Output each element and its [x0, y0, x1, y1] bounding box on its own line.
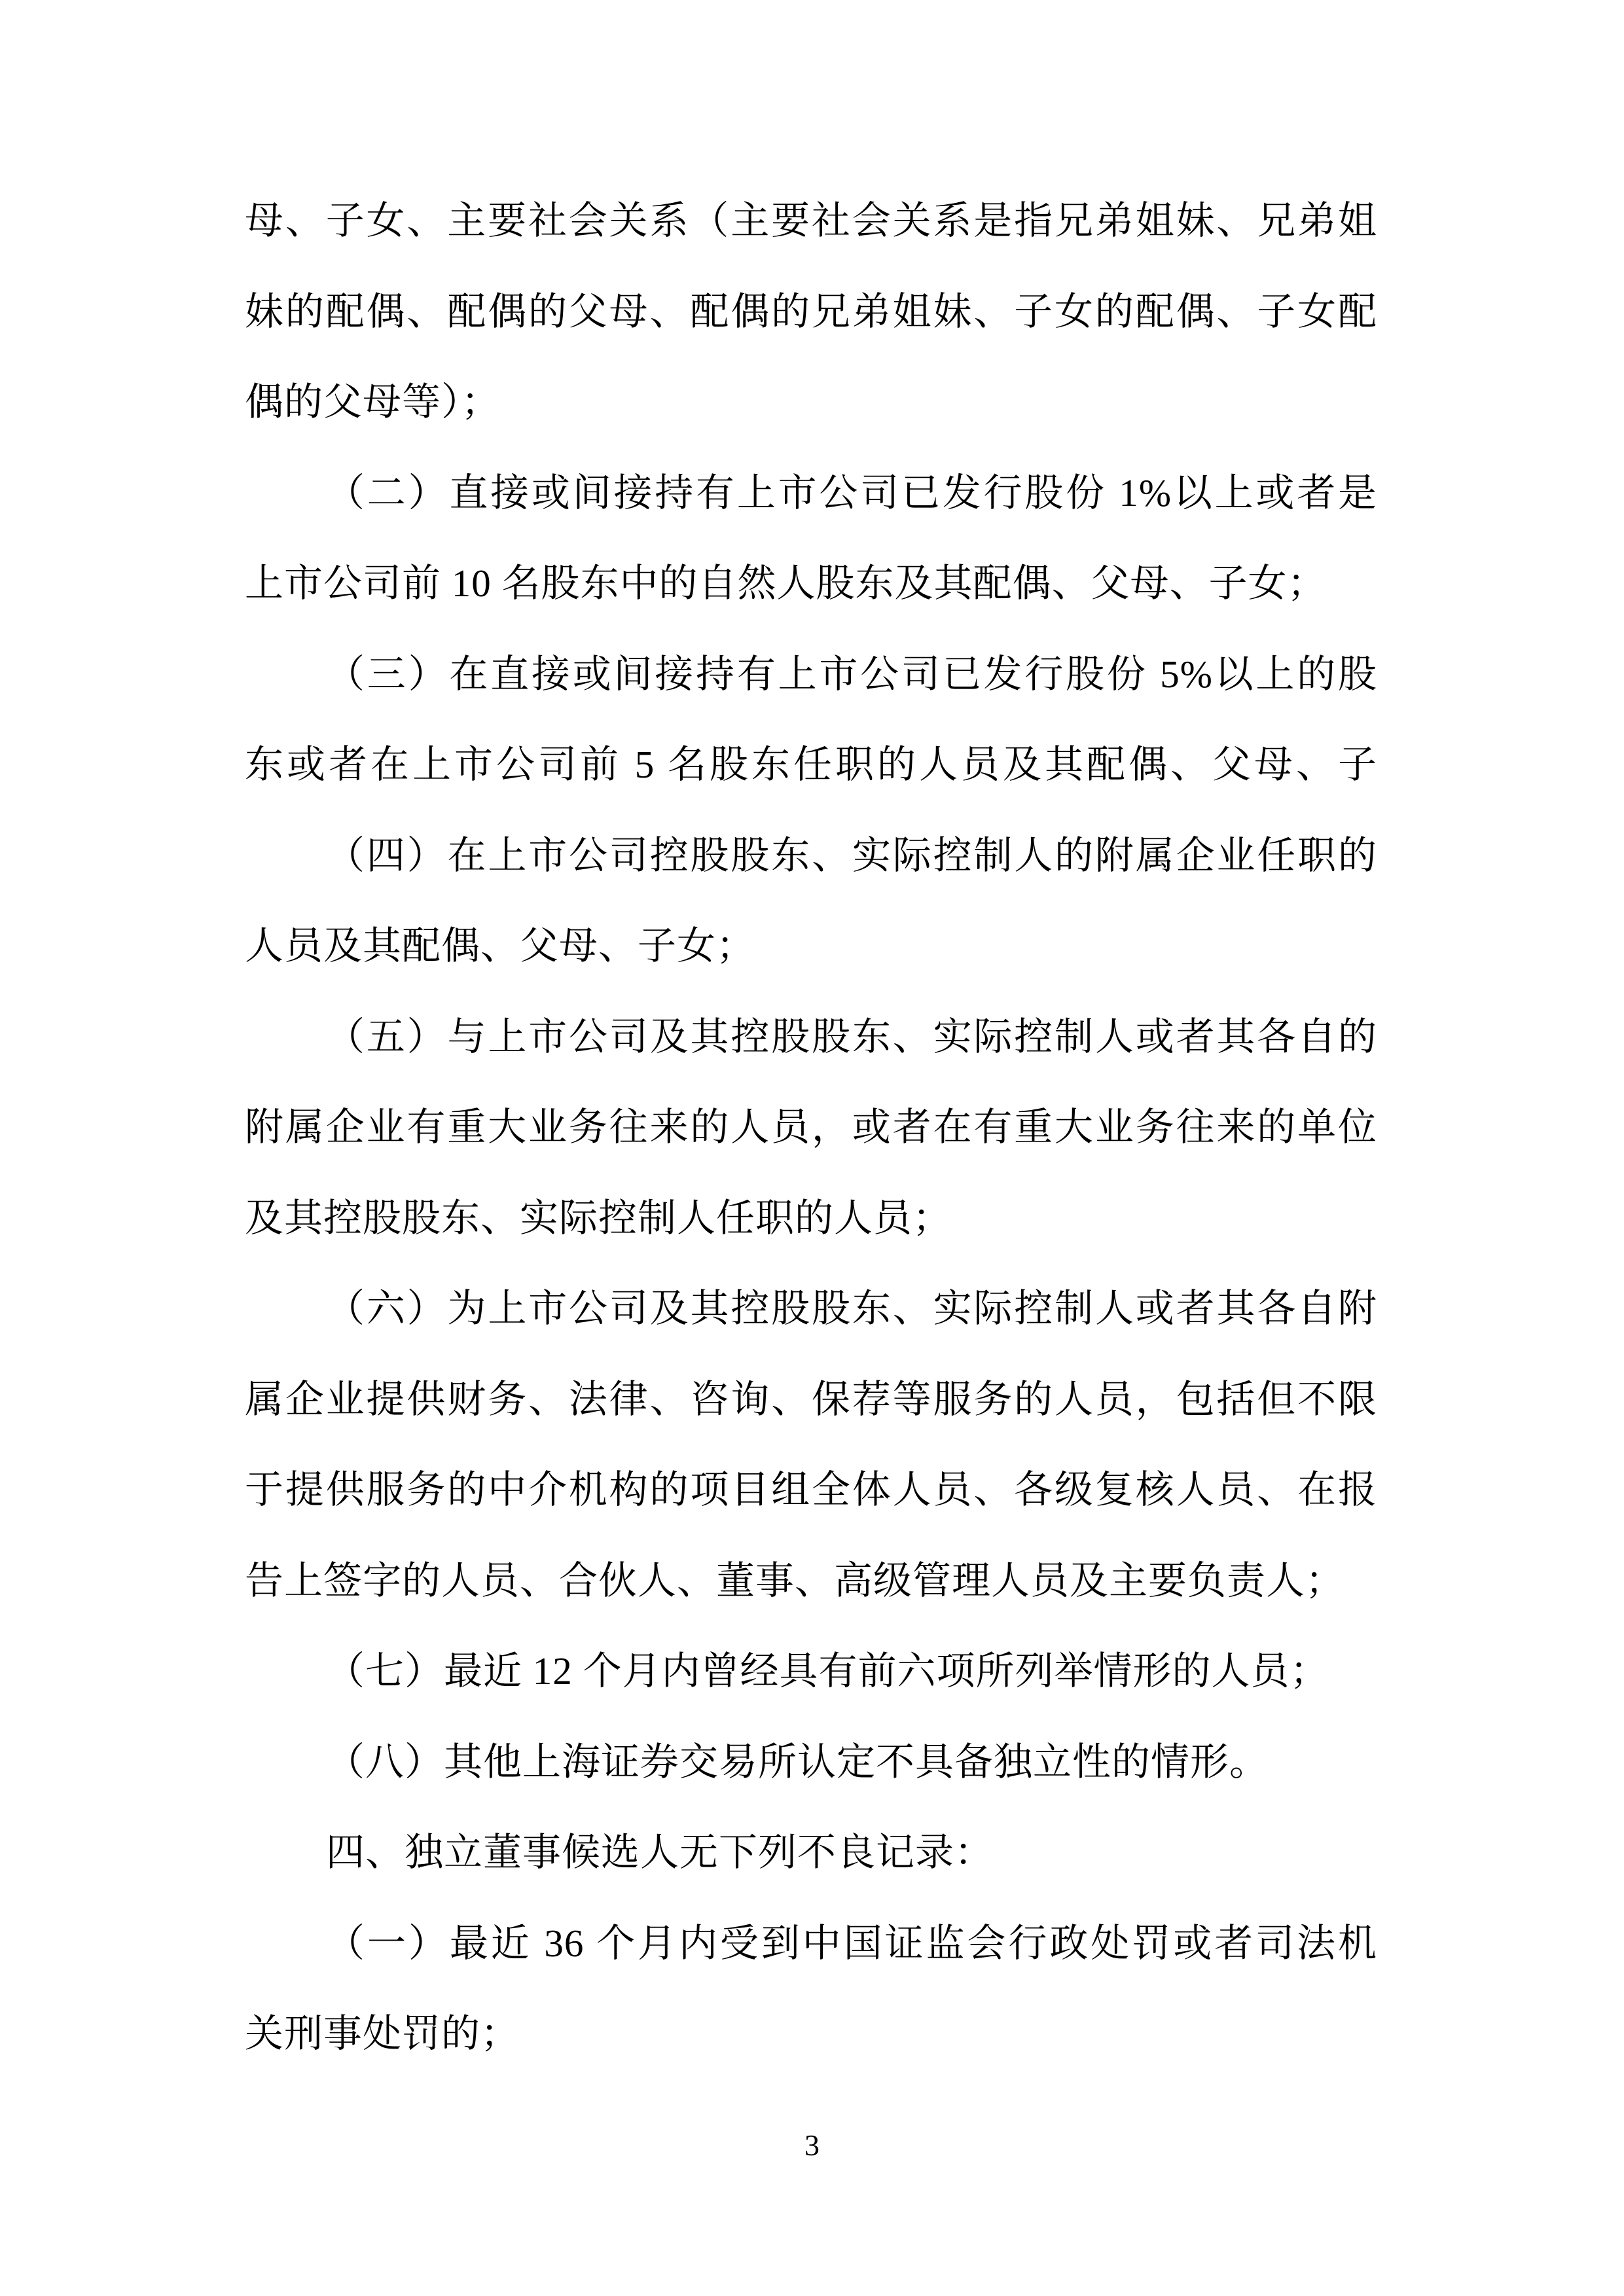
text-line: 及其控股股东、实际控制人任职的人员；	[245, 1173, 1377, 1264]
text-line: 人员及其配偶、父母、子女；	[245, 901, 1377, 992]
paragraph: （一）最近 36 个月内受到中国证监会行政处罚或者司法机关刑事处罚的；	[245, 1898, 1377, 2079]
document-page: 母、子女、主要社会关系（主要社会关系是指兄弟姐妹、兄弟姐妹的配偶、配偶的父母、配…	[0, 0, 1624, 2296]
text-line: 关刑事处罚的；	[245, 1988, 1377, 2079]
text-line: 东或者在上市公司前 5 名股东任职的人员及其配偶、父母、子女；	[245, 719, 1377, 810]
page-number: 3	[0, 2125, 1624, 2166]
text-line: （五）与上市公司及其控股股东、实际控制人或者其各自的	[245, 992, 1377, 1083]
text-line: （六）为上市公司及其控股股东、实际控制人或者其各自附	[245, 1263, 1377, 1354]
text-line: （七）最近 12 个月内曾经具有前六项所列举情形的人员；	[245, 1626, 1377, 1717]
text-line: 属企业提供财务、法律、咨询、保荐等服务的人员，包括但不限	[245, 1354, 1377, 1445]
text-line: 四、独立董事候选人无下列不良记录：	[245, 1807, 1377, 1898]
text-line: 附属企业有重大业务往来的人员，或者在有重大业务往来的单位	[245, 1082, 1377, 1173]
text-line: 上市公司前 10 名股东中的自然人股东及其配偶、父母、子女；	[245, 538, 1377, 629]
paragraph: （四）在上市公司控股股东、实际控制人的附属企业任职的人员及其配偶、父母、子女；	[245, 810, 1377, 992]
text-line: （二）直接或间接持有上市公司已发行股份 1%以上或者是	[245, 448, 1377, 539]
paragraph: 四、独立董事候选人无下列不良记录：	[245, 1807, 1377, 1898]
text-block: 母、子女、主要社会关系（主要社会关系是指兄弟姐妹、兄弟姐妹的配偶、配偶的父母、配…	[245, 175, 1377, 2079]
text-line: （八）其他上海证券交易所认定不具备独立性的情形。	[245, 1717, 1377, 1808]
paragraph: （三）在直接或间接持有上市公司已发行股份 5%以上的股东或者在上市公司前 5 名…	[245, 629, 1377, 810]
text-line: （四）在上市公司控股股东、实际控制人的附属企业任职的	[245, 810, 1377, 901]
text-line: 偶的父母等）；	[245, 357, 1377, 448]
text-line: （三）在直接或间接持有上市公司已发行股份 5%以上的股	[245, 629, 1377, 720]
paragraph: （八）其他上海证券交易所认定不具备独立性的情形。	[245, 1717, 1377, 1808]
text-line: 于提供服务的中介机构的项目组全体人员、各级复核人员、在报	[245, 1444, 1377, 1535]
text-line: （一）最近 36 个月内受到中国证监会行政处罚或者司法机	[245, 1898, 1377, 1989]
paragraph: （二）直接或间接持有上市公司已发行股份 1%以上或者是上市公司前 10 名股东中…	[245, 448, 1377, 629]
paragraph: （六）为上市公司及其控股股东、实际控制人或者其各自附属企业提供财务、法律、咨询、…	[245, 1263, 1377, 1626]
paragraph: 母、子女、主要社会关系（主要社会关系是指兄弟姐妹、兄弟姐妹的配偶、配偶的父母、配…	[245, 175, 1377, 448]
text-line: 母、子女、主要社会关系（主要社会关系是指兄弟姐妹、兄弟姐	[245, 175, 1377, 266]
text-line: 告上签字的人员、合伙人、董事、高级管理人员及主要负责人；	[245, 1535, 1377, 1626]
paragraph: （七）最近 12 个月内曾经具有前六项所列举情形的人员；	[245, 1626, 1377, 1717]
paragraph: （五）与上市公司及其控股股东、实际控制人或者其各自的附属企业有重大业务往来的人员…	[245, 992, 1377, 1264]
text-line: 妹的配偶、配偶的父母、配偶的兄弟姐妹、子女的配偶、子女配	[245, 266, 1377, 357]
